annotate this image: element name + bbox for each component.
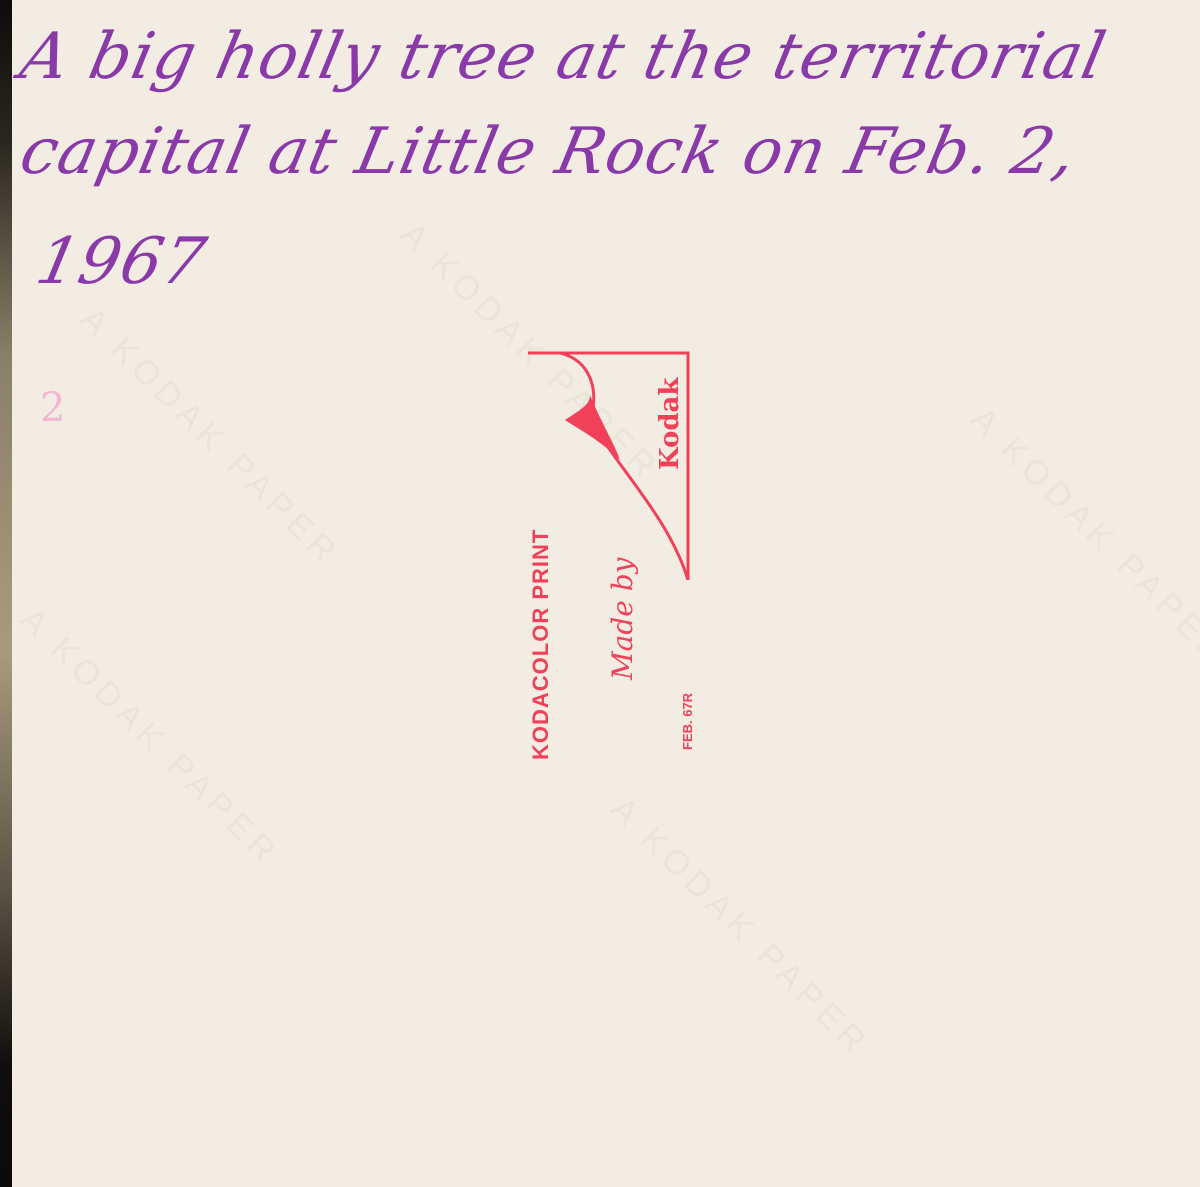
kodak-print-stamp: KODACOLOR PRINT Made by Kodak FEB. 67R [520, 350, 700, 770]
photo-edge-strip [0, 0, 12, 1187]
handwritten-caption-line-2: capital at Little Rock on Feb. 2, [14, 115, 1083, 189]
kodacolor-print-label: KODACOLOR PRINT [528, 529, 553, 760]
faint-pencil-mark: 2 [40, 385, 52, 425]
made-by-label: Made by [606, 556, 639, 681]
kodak-brand-label: Kodak [655, 377, 685, 470]
date-code-label: FEB. 67R [680, 692, 695, 750]
handwritten-caption-line-1: A big holly tree at the territorial [14, 20, 1112, 94]
handwritten-caption-year: 1967 [30, 225, 213, 299]
